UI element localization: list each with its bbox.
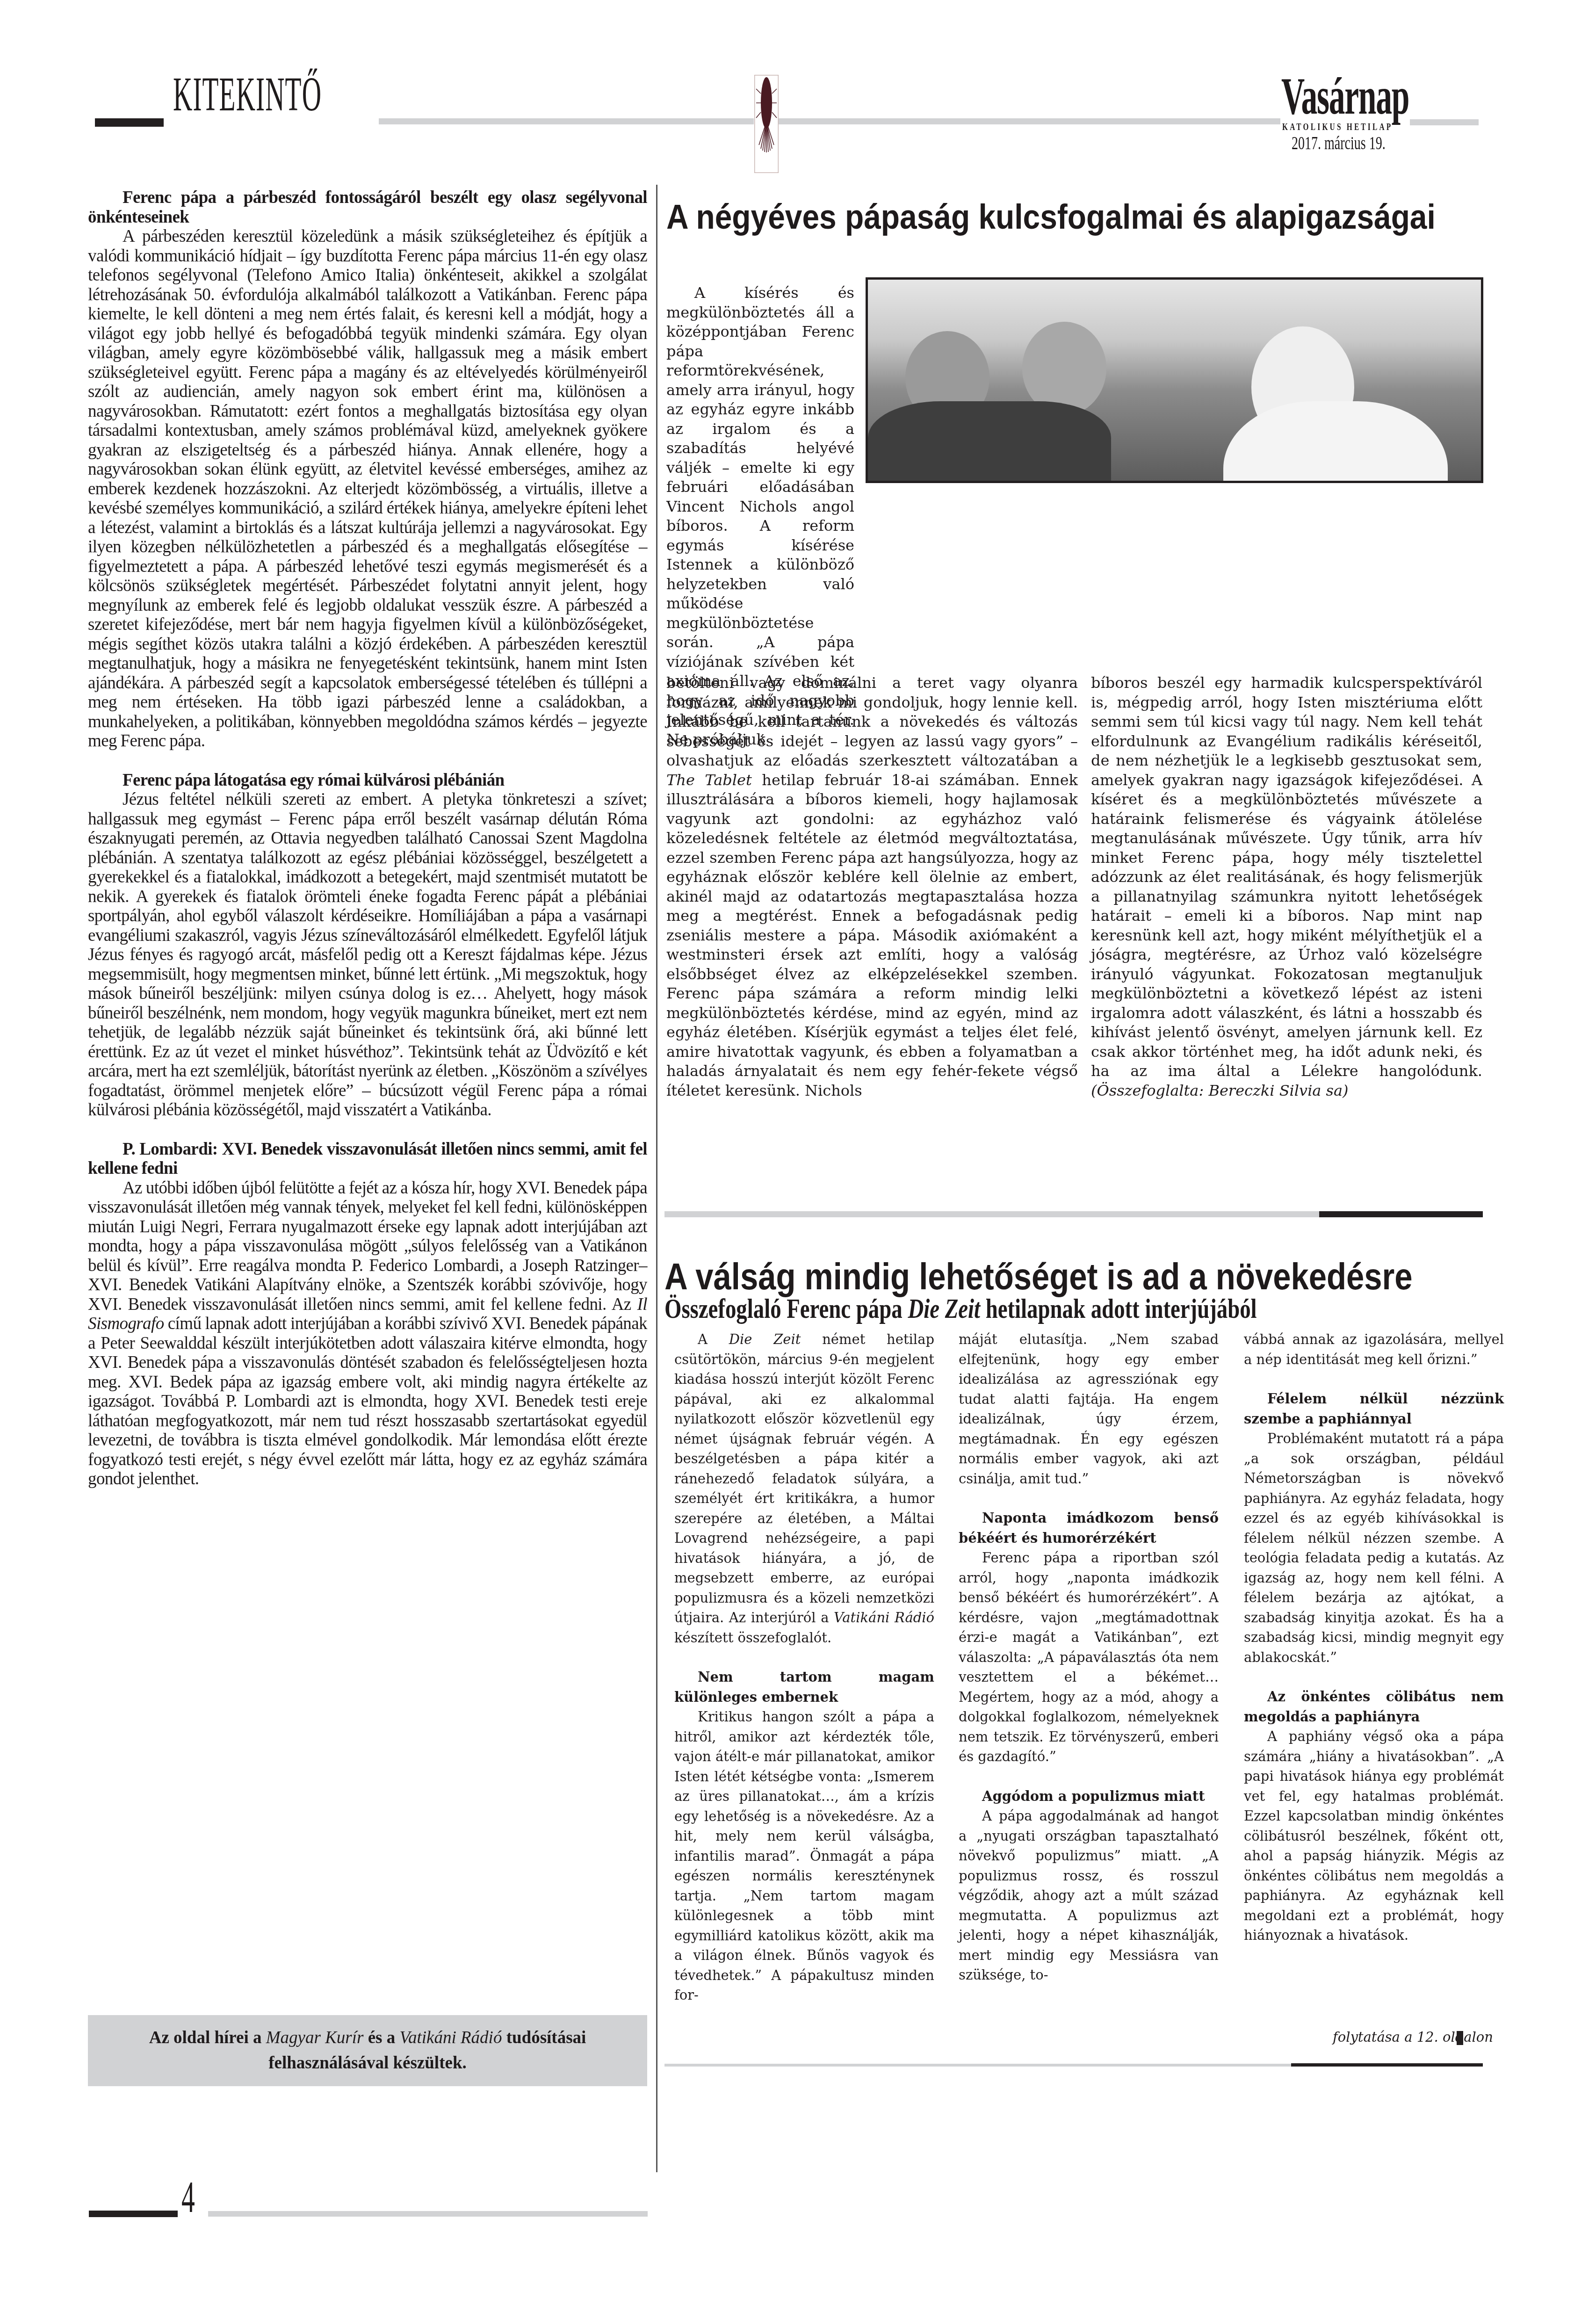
footer-marker-bar [89,2211,178,2217]
section-title: KITEKINTŐ [173,70,322,119]
section-rule [664,1211,1319,1217]
subheading: Naponta imádkozom benső békéért és humor… [959,1508,1219,1548]
column-divider [656,185,657,2172]
continuation-link[interactable]: folytatása a 12. oldalon [1333,2029,1493,2045]
footer-rule-right [664,2064,1291,2067]
article-title-crisis: A válság mindig lehetőséget is ad a növe… [664,1258,1413,1295]
header-rule-left [379,118,754,124]
article-papacy-col2: bíboros beszél egy harmadik kulcsperspek… [1091,673,1482,1100]
subheading: Az önkéntes cölibátus nem megoldás a pap… [1244,1687,1504,1727]
sources-note-box: Az oldal hírei a Magyar Kurír és a Vatik… [88,2015,647,2086]
news-heading-lombardi: P. Lombardi: XVI. Benedek visszavonulásá… [88,1140,647,1178]
footer-rule-accent [1291,2063,1483,2067]
article-papacy-col1-continued: betölteni vagy dominálni a teret vagy ol… [666,673,1078,1100]
article-crisis-col1: A Die Zeit német hetilap csütörtökön, má… [674,1330,934,2005]
subheading: Aggódom a populizmus miatt [959,1786,1219,1807]
end-mark-icon [1457,2031,1463,2045]
header-rule-end [1410,119,1479,125]
news-heading-dialogue: Ferenc pápa a párbeszéd fontosságáról be… [88,188,647,227]
header-rule-right [779,118,1280,124]
sunburst-emblem-icon [754,75,779,173]
subheading: Nem tartom magam különleges embernek [674,1667,934,1707]
masthead-logo: Vasárnap [1281,70,1409,123]
article-crisis-col3: vábbá annak az igazolására, mellyel a né… [1244,1330,1504,1945]
news-body-dialogue: A párbeszéden keresztül közeledünk a más… [88,227,647,751]
masthead-subtitle: KATOLIKUS HETILAP [1282,121,1393,133]
publication-name: The Tablet [666,771,752,789]
footer-rule [208,2211,648,2217]
article-credit: (Összefoglalta: Bereczki Silvia sa) [1091,1082,1349,1099]
section-rule-accent [1319,1211,1483,1217]
left-news-column: Ferenc pápa a párbeszéd fontosságáról be… [88,188,647,1489]
article-title-papacy: A négyéves pápaság kulcsfogalmai és alap… [666,200,1436,234]
news-heading-parish-visit: Ferenc pápa látogatása egy római külváro… [88,771,647,790]
page-number: 4 [181,2175,195,2219]
photo-pope-with-youth: Ferenc pápa fiatalokkal, akik szelfit ké… [866,277,1483,483]
article-crisis-col2: máját elutasítja. „Nem szabad elfejtenün… [959,1330,1219,1985]
news-body-parish-visit: Jézus feltétel nélküli szereti az embert… [88,790,647,1120]
subheading: Félelem nélkül nézzünk szembe a paphiánn… [1244,1389,1504,1429]
section-marker-bar [95,118,164,127]
article-subtitle-crisis: Összefoglaló Ferenc pápa Die Zeit hetila… [664,1294,1257,1323]
news-body-lombardi: Az utóbbi időben újból felütötte a fejét… [88,1178,647,1489]
issue-date: 2017. március 19. [1292,132,1386,154]
